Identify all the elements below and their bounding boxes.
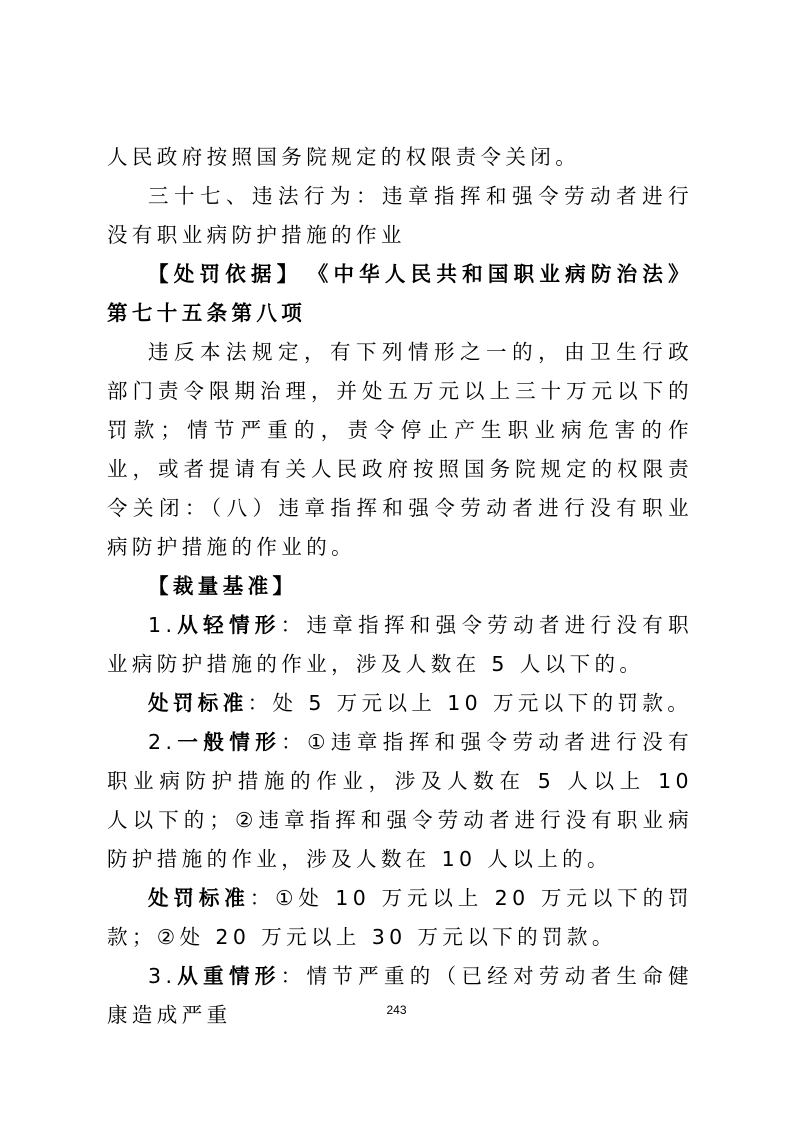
general-penalty-standard: 处罚标准：①处 10 万元以上 20 万元以下的罚款；②处 20 万元以上 30… xyxy=(107,879,693,957)
general-circumstance: 2.一般情形：①违章指挥和强令劳动者进行没有职业病防护措施的作业，涉及人数在 5… xyxy=(107,723,693,879)
violation-heading: 三十七、违法行为：违章指挥和强令劳动者进行没有职业病防护措施的作业 xyxy=(107,177,693,255)
lenient-label: 从轻情形 xyxy=(176,613,280,637)
penalty-standard-label: 处罚标准 xyxy=(148,886,250,910)
discretion-benchmark-heading: 【裁量基准】 xyxy=(107,567,693,606)
severe-circumstance: 3.从重情形：情节严重的（已经对劳动者生命健康造成严重 xyxy=(107,957,693,1035)
penalty-standard-text: ：处 5 万元以上 10 万元以下的罚款。 xyxy=(248,691,693,715)
penalty-basis-label: 【处罚依据】 xyxy=(148,262,292,286)
severe-label: 从重情形 xyxy=(176,964,280,988)
general-label: 一般情形 xyxy=(176,730,281,754)
paragraph-continuation: 人民政府按照国务院规定的权限责令关闭。 xyxy=(107,138,693,177)
lenient-penalty-standard: 处罚标准：处 5 万元以上 10 万元以下的罚款。 xyxy=(107,684,693,723)
document-page: 人民政府按照国务院规定的权限责令关闭。 三十七、违法行为：违章指挥和强令劳动者进… xyxy=(107,138,693,1035)
item-number: 3. xyxy=(148,964,176,988)
penalty-standard-label: 处罚标准 xyxy=(148,691,248,715)
item-number: 2. xyxy=(148,730,176,754)
item-number: 1. xyxy=(148,613,176,637)
lenient-circumstance: 1.从轻情形：违章指挥和强令劳动者进行没有职业病防护措施的作业，涉及人数在 5 … xyxy=(107,606,693,684)
law-article-text: 违反本法规定，有下列情形之一的，由卫生行政部门责令限期治理，并处五万元以上三十万… xyxy=(107,333,693,567)
page-number: 243 xyxy=(0,1003,793,1017)
penalty-basis: 【处罚依据】 《中华人民共和国职业病防治法》第七十五条第八项 xyxy=(107,255,693,333)
